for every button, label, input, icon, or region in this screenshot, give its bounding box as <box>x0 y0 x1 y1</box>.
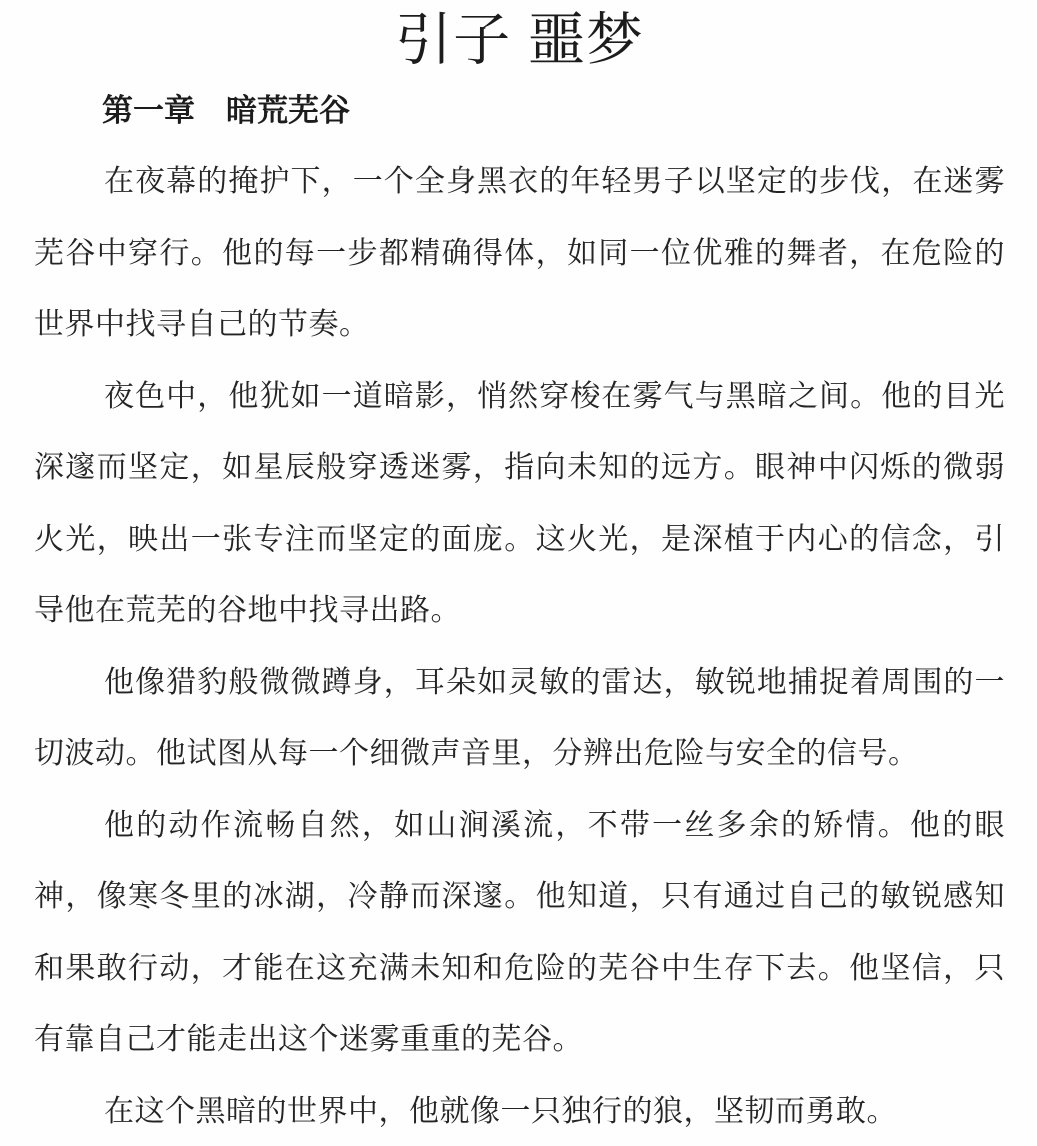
paragraph: 在夜幕的掩护下，一个全身黑衣的年轻男子以坚定的步伐，在迷雾芜谷中穿行。他的每一步… <box>34 146 1005 361</box>
paragraph: 他像猎豹般微微蹲身，耳朵如灵敏的雷达，敏锐地捕捉着周围的一切波动。他试图从每一个… <box>34 647 1005 790</box>
paragraph: 夜色中，他犹如一道暗影，悄然穿梭在雾气与黑暗之间。他的目光深邃而坚定，如星辰般穿… <box>34 361 1005 647</box>
chapter-heading: 第一章 暗荒芜谷 <box>34 91 1005 131</box>
document-title: 引子 噩梦 <box>34 2 1005 77</box>
document-page: 引子 噩梦 第一章 暗荒芜谷 在夜幕的掩护下，一个全身黑衣的年轻男子以坚定的步伐… <box>0 0 1037 1146</box>
document-body: 在夜幕的掩护下，一个全身黑衣的年轻男子以坚定的步伐，在迷雾芜谷中穿行。他的每一步… <box>34 146 1005 1146</box>
paragraph: 他的动作流畅自然，如山涧溪流，不带一丝多余的矫情。他的眼神，像寒冬里的冰湖，冷静… <box>34 790 1005 1076</box>
paragraph: 在这个黑暗的世界中，他就像一只独行的狼，坚韧而勇敢。 <box>34 1076 1005 1146</box>
